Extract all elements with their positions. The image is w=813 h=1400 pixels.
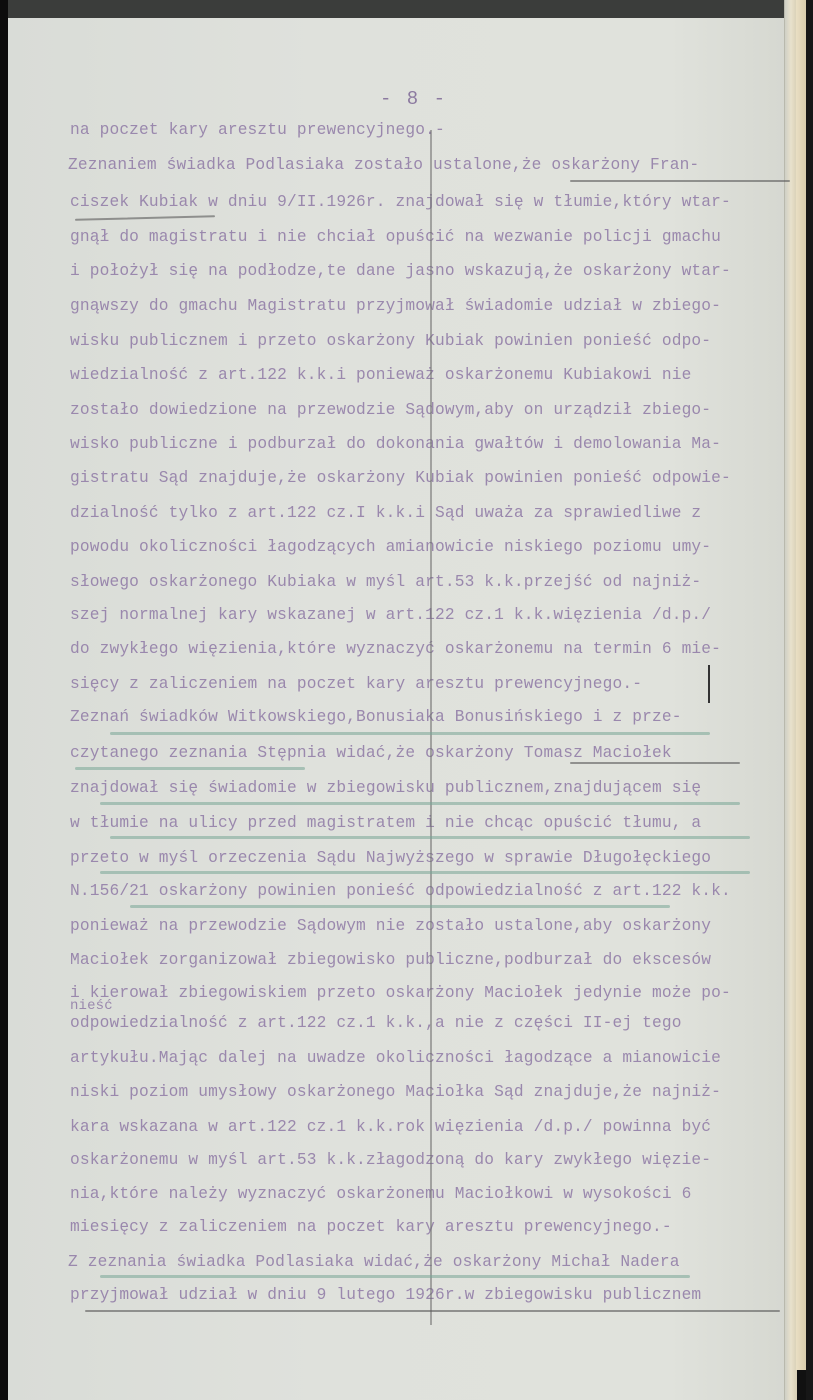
text-line: N.156/21 oskarżony powinien ponieść odpo… xyxy=(70,882,731,900)
text-line: znajdował się świadomie w zbiegowisku pu… xyxy=(70,779,701,797)
text-line: gistratu Sąd znajduje,że oskarżony Kubia… xyxy=(70,469,731,487)
text-line: przeto w myśl orzeczenia Sądu Najwyższeg… xyxy=(70,849,711,867)
text-line: wiedzialność z art.122 k.k.i ponieważ os… xyxy=(70,366,691,384)
text-line: w tłumie na ulicy przed magistratem i ni… xyxy=(70,814,701,832)
pencil-underline xyxy=(570,762,740,764)
text-line: szej normalnej kary wskazanej w art.122 … xyxy=(70,606,711,624)
text-line: gnąwszy do gmachu Magistratu przyjmował … xyxy=(70,297,721,315)
pencil-underline xyxy=(570,180,790,182)
green-underline xyxy=(100,802,740,805)
text-line: powodu okoliczności łagodzących amianowi… xyxy=(70,538,711,556)
text-line: Z zeznania świadka Podlasiaka widać,że o… xyxy=(68,1253,680,1271)
text-line: niski poziom umysłowy oskarżonego Macioł… xyxy=(70,1083,721,1101)
text-line: słowego oskarżonego Kubiaka w myśl art.5… xyxy=(70,573,701,591)
vertical-pencil-line xyxy=(430,130,432,1325)
green-underline xyxy=(100,1275,690,1278)
text-line: artykułu.Mając dalej na uwadze okoliczno… xyxy=(70,1049,721,1067)
text-line: na poczet kary aresztu prewencyjnego.- xyxy=(70,121,445,139)
text-line: Maciołek zorganizował zbiegowisko public… xyxy=(70,951,711,969)
text-line: i położył się na podłodze,te dane jasno … xyxy=(70,262,731,280)
text-line: odpowiedzialność z art.122 cz.1 k.k.,a n… xyxy=(70,1014,682,1032)
text-line: kara wskazana w art.122 cz.1 k.k.rok wię… xyxy=(70,1118,711,1136)
text-line: nia,które należy wyznaczyć oskarżonemu M… xyxy=(70,1185,691,1203)
text-line: oskarżonemu w myśl art.53 k.k.złagodzoną… xyxy=(70,1151,711,1169)
green-underline xyxy=(130,905,670,908)
text-line: dzialność tylko z art.122 cz.I k.k.i Sąd… xyxy=(70,504,701,522)
pencil-vertical-mark xyxy=(708,665,710,703)
green-underline xyxy=(100,871,750,874)
page-edge-stack-2 xyxy=(796,0,806,1370)
scan-border-top xyxy=(8,0,813,18)
text-line: ponieważ na przewodzie Sądowym nie zosta… xyxy=(70,917,711,935)
text-line: Zeznań świadków Witkowskiego,Bonusiaka B… xyxy=(70,708,682,726)
text-line: zostało dowiedzione na przewodzie Sądowy… xyxy=(70,401,711,419)
text-line: do zwykłego więzienia,które wyznaczyć os… xyxy=(70,640,721,658)
pencil-underline xyxy=(85,1310,780,1312)
text-line: miesięcy z zaliczeniem na poczet kary ar… xyxy=(70,1218,672,1236)
text-line: i kierował zbiegowiskiem przeto oskarżon… xyxy=(70,984,731,1002)
text-line: czytanego zeznania Stępnia widać,że oska… xyxy=(70,744,672,762)
scan-border-right xyxy=(806,0,813,1400)
green-underline xyxy=(110,836,750,839)
text-line: Zeznaniem świadka Podlasiaka zostało ust… xyxy=(68,156,699,174)
text-line: wisko publiczne i podburzał do dokonania… xyxy=(70,435,721,453)
text-line: przyjmował udział w dniu 9 lutego 1926r.… xyxy=(70,1286,701,1304)
green-underline xyxy=(110,732,710,735)
text-line: gnął do magistratu i nie chciał opuścić … xyxy=(70,228,721,246)
text-line: sięcy z zaliczeniem na poczet kary aresz… xyxy=(70,675,642,693)
text-line: ciszek Kubiak w dniu 9/II.1926r. znajdow… xyxy=(70,193,731,211)
scan-border-left xyxy=(0,0,8,1400)
page-number: - 8 - xyxy=(380,88,447,110)
text-line: wisku publicznem i przeto oskarżony Kubi… xyxy=(70,332,711,350)
text-line: nieść xyxy=(70,998,113,1014)
green-underline xyxy=(75,767,305,770)
